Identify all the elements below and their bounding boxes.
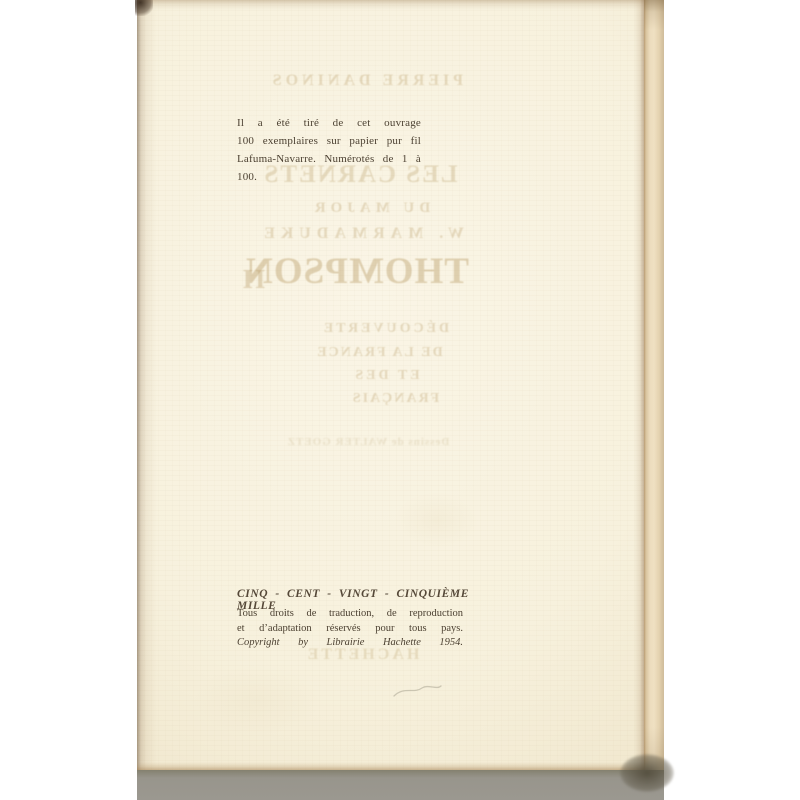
book-photo: PIERRE DANINOS LES CARNETS DU MAJOR W. M… — [0, 0, 800, 800]
pencil-mark — [392, 678, 444, 704]
copyright-line: Copyright by Librairie Hachette 1954. — [237, 636, 463, 651]
gutter-top-corner-shadow — [135, 0, 153, 16]
rights-notice: Tous droits de traduction, de reproducti… — [237, 607, 463, 651]
limitation-notice: Il a été tiré de cet ouvrage 100 exempla… — [237, 114, 421, 186]
rights-line-1: Tous droits de traduction, de reproducti… — [237, 607, 463, 622]
show-through-subtitle-1: DÉCOUVERTE — [305, 321, 465, 337]
show-through-subtitle-4: FRANÇAIS — [337, 391, 453, 407]
show-through-mark: II — [240, 264, 266, 295]
gutter-shadow — [137, 0, 159, 770]
book-bottom-shadow — [137, 770, 664, 800]
limitation-line-2: 100 exemplaires sur papier pur fil — [237, 132, 421, 150]
show-through-subtitle-3: ET DES — [337, 368, 435, 384]
rights-line-2: et d’adaptation réservés pour tous pays. — [237, 622, 463, 637]
show-through-illustrator: Dessins de WALTER GOETZ — [262, 436, 474, 448]
show-through-title-4: THOMPSON — [247, 250, 469, 293]
fore-edge-pages — [644, 0, 664, 790]
page-bottom-edge-shade — [137, 762, 644, 770]
page-top-shade — [137, 0, 644, 10]
book-page: PIERRE DANINOS LES CARNETS DU MAJOR W. M… — [137, 0, 644, 770]
page-right-edge-shade — [634, 0, 644, 770]
limitation-line-3: Lafuma-Navarre. Numérotés de 1 à 100. — [237, 150, 421, 186]
show-through-title-3: W. MARMADUKE — [252, 225, 470, 243]
show-through-subtitle-2: DE LA FRANCE — [291, 345, 467, 361]
limitation-line-1: Il a été tiré de cet ouvrage — [237, 114, 421, 132]
show-through-title-2: DU MAJOR — [307, 200, 433, 217]
show-through-author: PIERRE DANINOS — [277, 72, 463, 90]
bottom-corner-shadow — [620, 754, 674, 792]
